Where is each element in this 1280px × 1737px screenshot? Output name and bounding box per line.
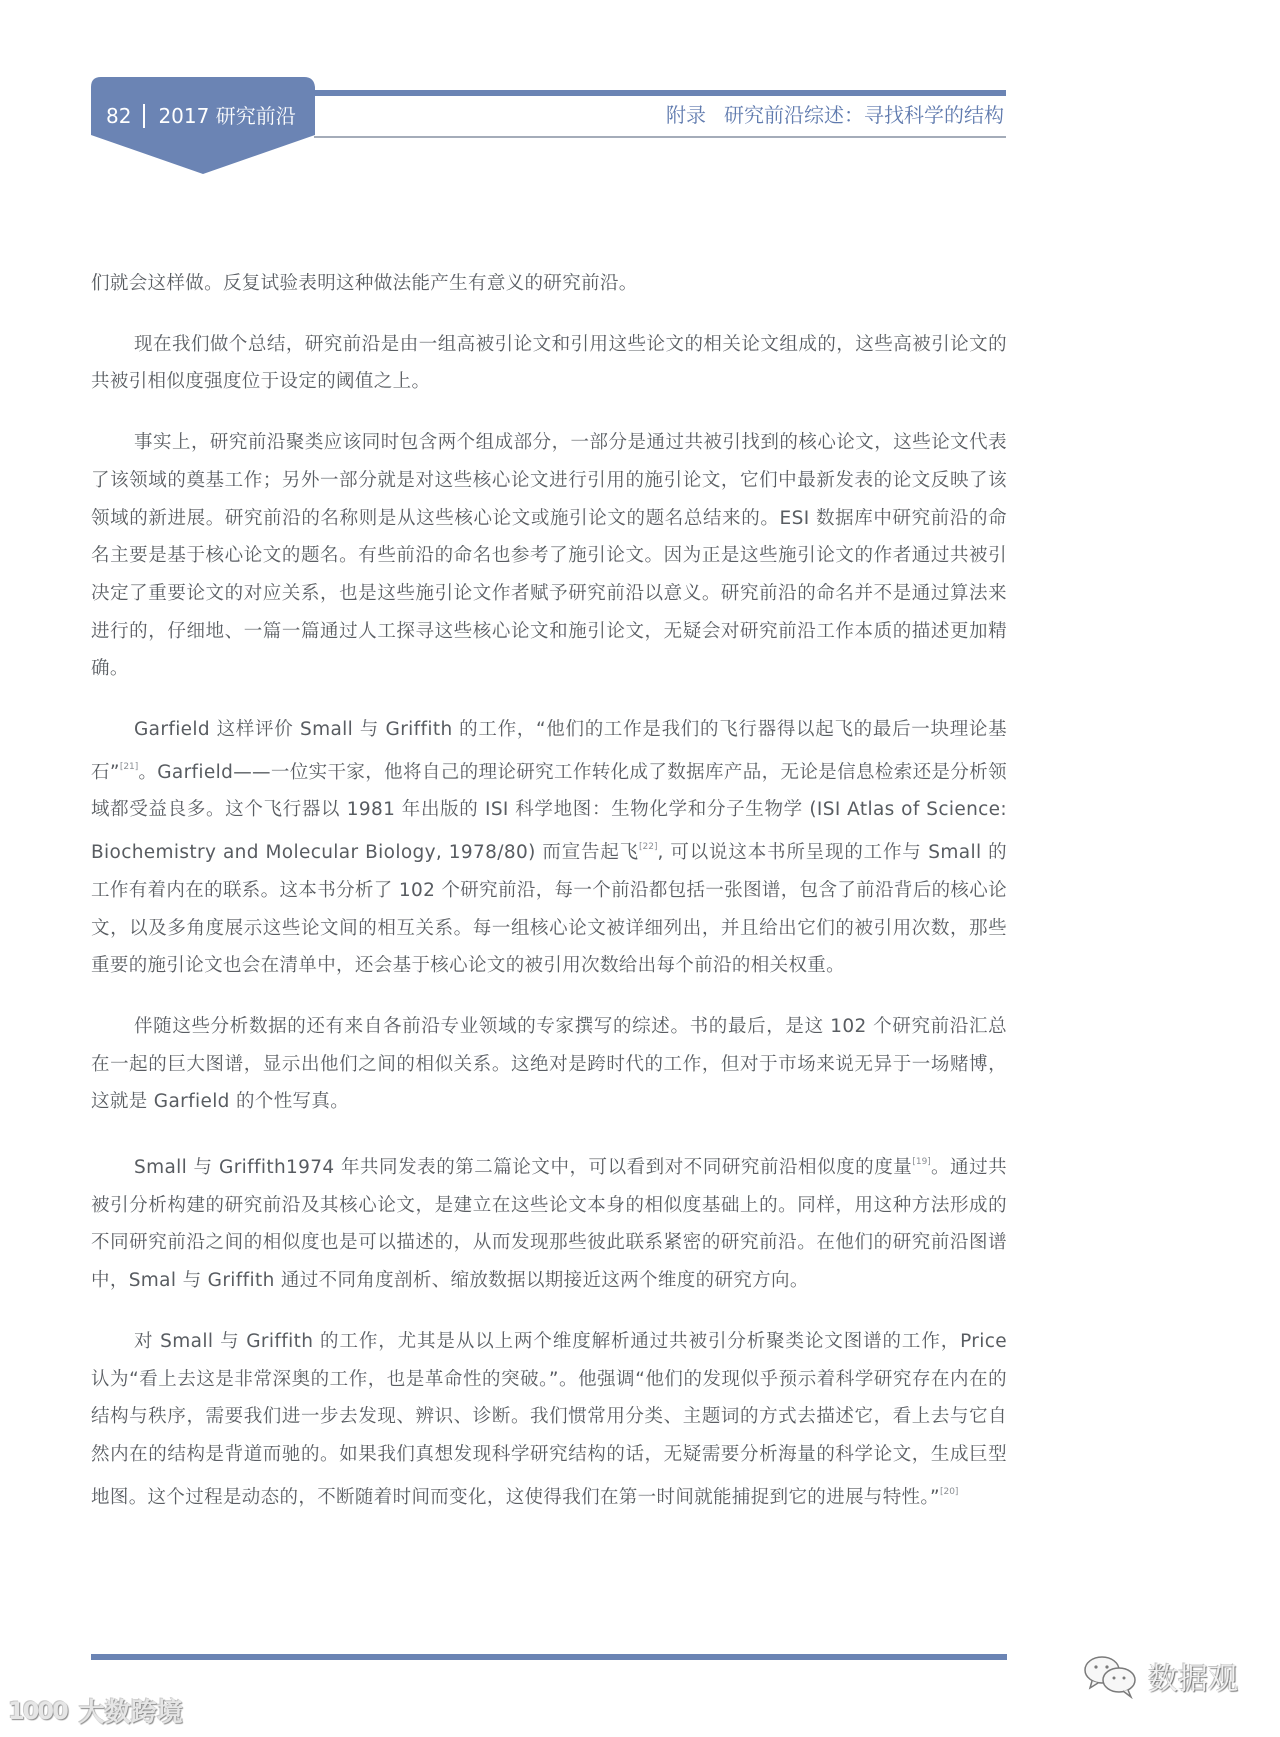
paragraph: 事实上，研究前沿聚类应该同时包含两个组成部分，一部分是通过共被引找到的核心论文，… (91, 424, 1007, 688)
paragraph: 现在我们做个总结，研究前沿是由一组高被引论文和引用这些论文的相关论文组成的，这些… (91, 326, 1007, 401)
watermark-left: 1000 大数跨境 (8, 1692, 183, 1729)
paragraph: 们就会这样做。反复试验表明这种做法能产生有意义的研究前沿。 (91, 265, 1007, 303)
page-header-tab: 82 2017 研究前沿 (91, 77, 316, 175)
paragraph-text: Small 与 Griffith1974 年共同发表的第二篇论文中，可以看到对不… (134, 1157, 912, 1178)
paragraph-text: 们就会这样做。反复试验表明这种做法能产生有意义的研究前沿。 (91, 273, 638, 294)
book-title: 2017 研究前沿 (158, 101, 295, 131)
section-label: 附录 (666, 103, 706, 127)
citation-ref[interactable]: [21] (120, 762, 138, 772)
citation-ref[interactable]: [20] (940, 1487, 958, 1497)
footer-rule (91, 1654, 1007, 1660)
paragraph: 对 Small 与 Griffith 的工作，尤其是从以上两个维度解析通过共被引… (91, 1323, 1007, 1517)
watermark-right-text: 数据观 (1148, 1654, 1238, 1698)
paragraph-text: 事实上，研究前沿聚类应该同时包含两个组成部分，一部分是通过共被引找到的核心论文，… (91, 432, 1007, 679)
paragraph: Garfield 这样评价 Small 与 Griffith 的工作，“他们的工… (91, 711, 1007, 985)
header-separator (143, 104, 145, 128)
paragraph: Small 与 Griffith1974 年共同发表的第二篇论文中，可以看到对不… (91, 1144, 1007, 1300)
header-rule-top (314, 90, 1006, 96)
citation-ref[interactable]: [19] (912, 1157, 930, 1167)
paragraph: 伴随这些分析数据的还有来自各前沿专业领域的专家撰写的综述。书的最后，是这 102… (91, 1008, 1007, 1121)
page-number: 82 (106, 101, 131, 131)
running-head: 附录研究前沿综述：寻找科学的结构 (666, 100, 1004, 130)
header-rule-bottom (314, 136, 1006, 138)
header-tab-text: 82 2017 研究前沿 (106, 101, 296, 131)
wechat-icon (1082, 1653, 1140, 1699)
section-title: 研究前沿综述：寻找科学的结构 (724, 103, 1004, 127)
watermark-left-text: 大数跨境 (79, 1692, 183, 1729)
paragraph-text: 现在我们做个总结，研究前沿是由一组高被引论文和引用这些论文的相关论文组成的，这些… (91, 334, 1007, 393)
watermark-right: 数据观 (1082, 1653, 1238, 1699)
brand-logo-icon: 1000 (8, 1697, 67, 1725)
paragraph-text: 伴随这些分析数据的还有来自各前沿专业领域的专家撰写的综述。书的最后，是这 102… (91, 1016, 1007, 1112)
paragraph-text: 对 Small 与 Griffith 的工作，尤其是从以上两个维度解析通过共被引… (91, 1331, 1007, 1508)
citation-ref[interactable]: [22] (639, 842, 657, 852)
body-text: 们就会这样做。反复试验表明这种做法能产生有意义的研究前沿。 现在我们做个总结，研… (91, 265, 1007, 1539)
